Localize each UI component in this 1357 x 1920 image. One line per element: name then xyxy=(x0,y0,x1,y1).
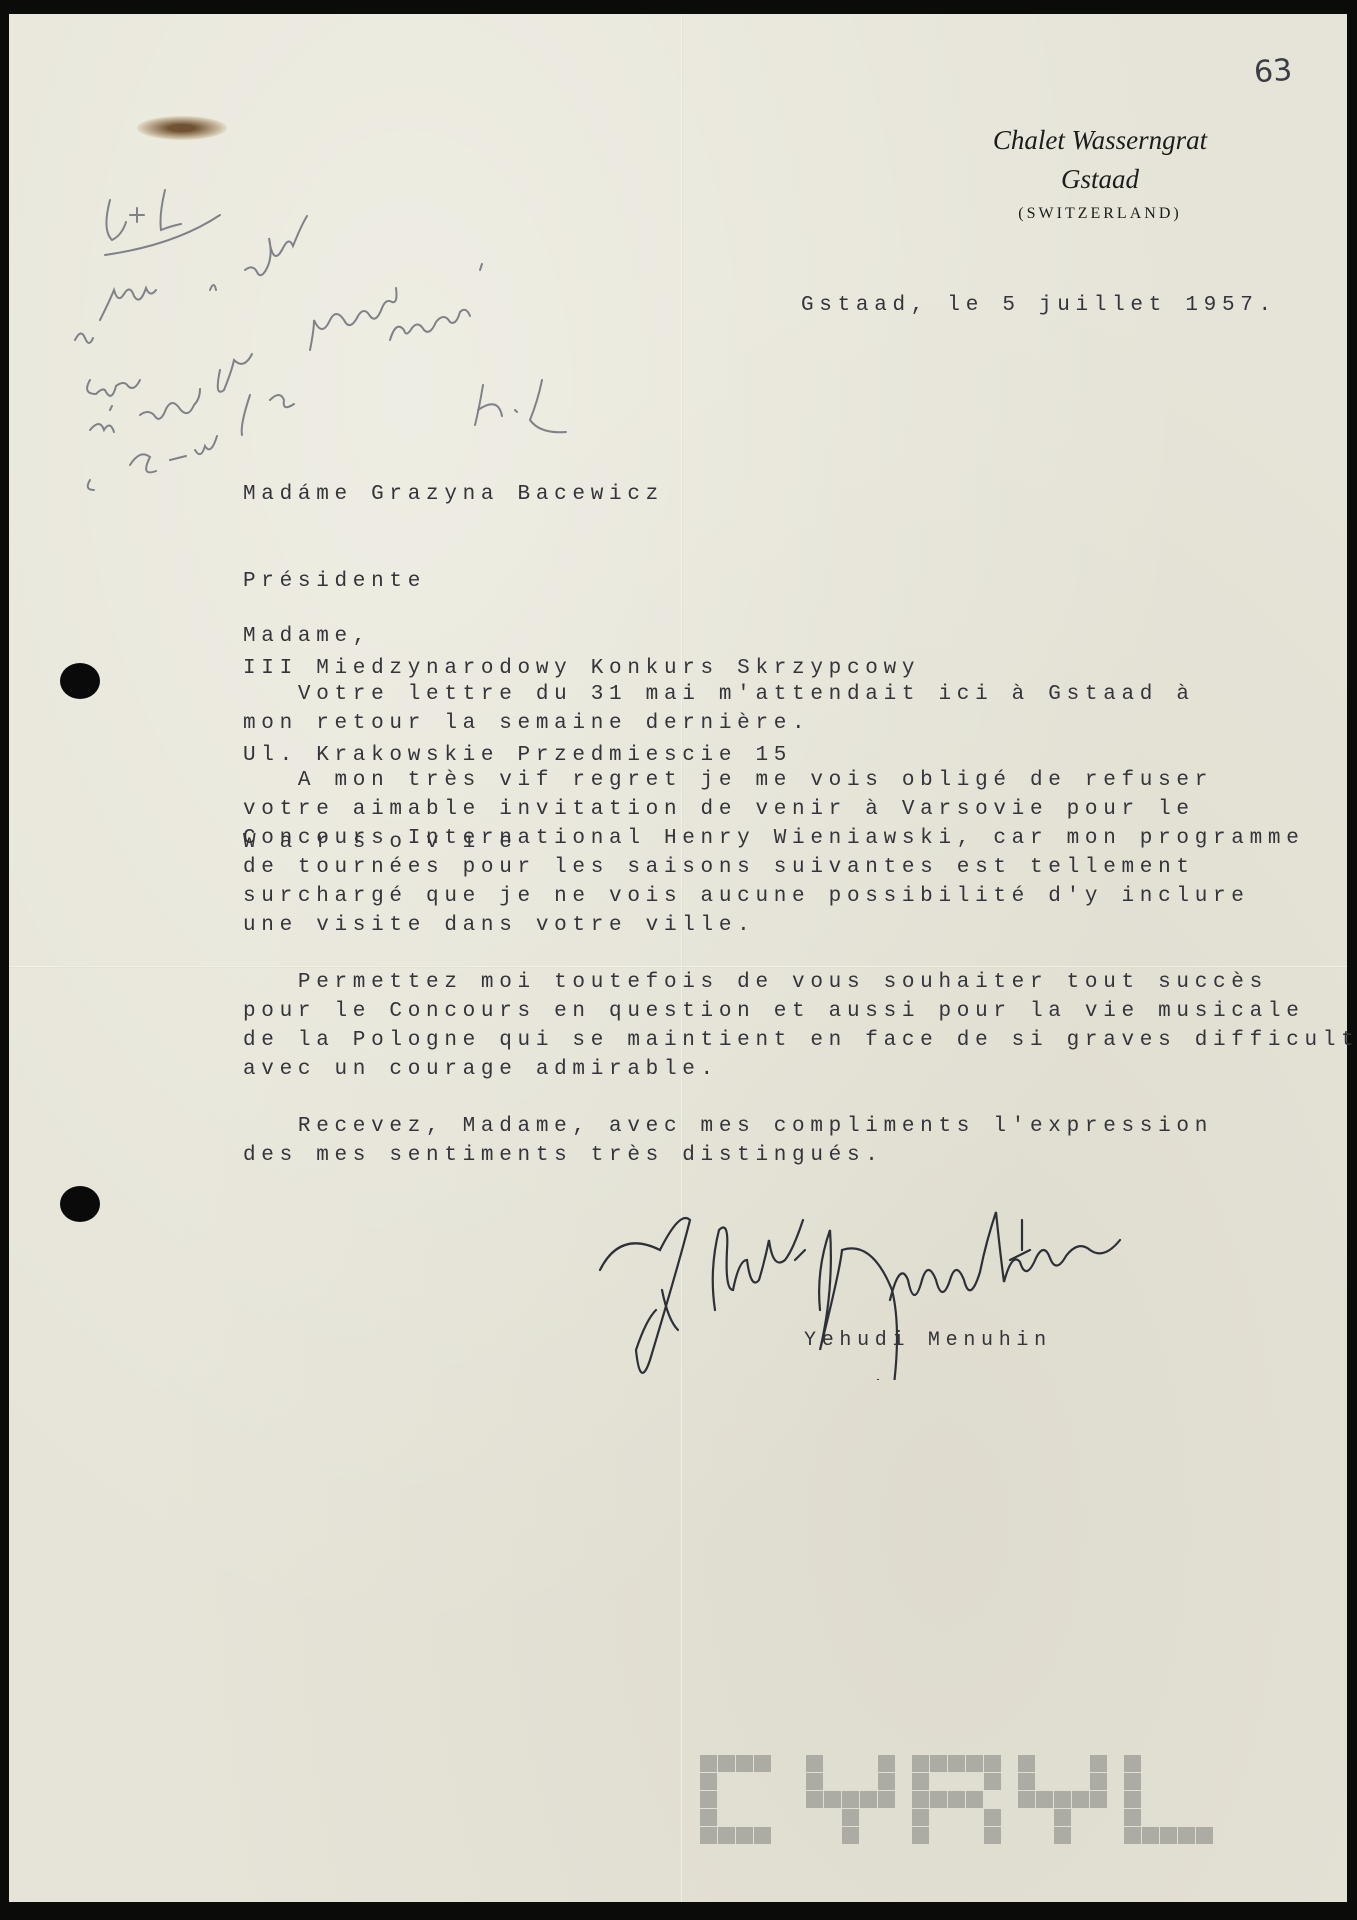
punch-hole-bottom xyxy=(60,1186,100,1222)
recipient-name: Madáme Grazyna Bacewicz xyxy=(243,480,920,509)
ink-stain xyxy=(137,116,227,140)
signatory-name: Yehudi Menuhin xyxy=(804,1326,1052,1355)
archive-page-number: 63 xyxy=(1253,53,1294,91)
letterhead-country: (SWITZERLAND) xyxy=(950,199,1250,229)
letterhead-chalet: Chalet Wasserngrat xyxy=(950,120,1250,160)
paragraph-3: Permettez moi toutefois de vous souhaite… xyxy=(243,968,1357,1084)
watermark-letter-y2 xyxy=(1018,1755,1107,1844)
recipient-organization: III Miedzynarodowy Konkurs Skrzypcowy xyxy=(243,654,920,683)
salutation: Madame, xyxy=(243,622,371,651)
recipient-title: Présidente xyxy=(243,567,920,596)
watermark-letter-r xyxy=(912,1755,1001,1844)
cyryl-watermark xyxy=(700,1755,1213,1844)
watermark-letter-c xyxy=(700,1755,789,1844)
letterhead: Chalet Wasserngrat Gstaad (SWITZERLAND) xyxy=(950,120,1250,229)
paragraph-2: A mon très vif regret je me vois obligé … xyxy=(243,766,1305,940)
watermark-letter-y xyxy=(806,1755,895,1844)
letterhead-town: Gstaad xyxy=(950,159,1250,199)
paragraph-1: Votre lettre du 31 mai m'attendait ici à… xyxy=(243,680,1195,738)
paragraph-4: Recevez, Madame, avec mes compliments l'… xyxy=(243,1112,1213,1170)
letter-date: Gstaad, le 5 juillet 1957. xyxy=(801,291,1277,320)
watermark-letter-l xyxy=(1124,1755,1213,1844)
punch-hole-top xyxy=(60,663,100,699)
